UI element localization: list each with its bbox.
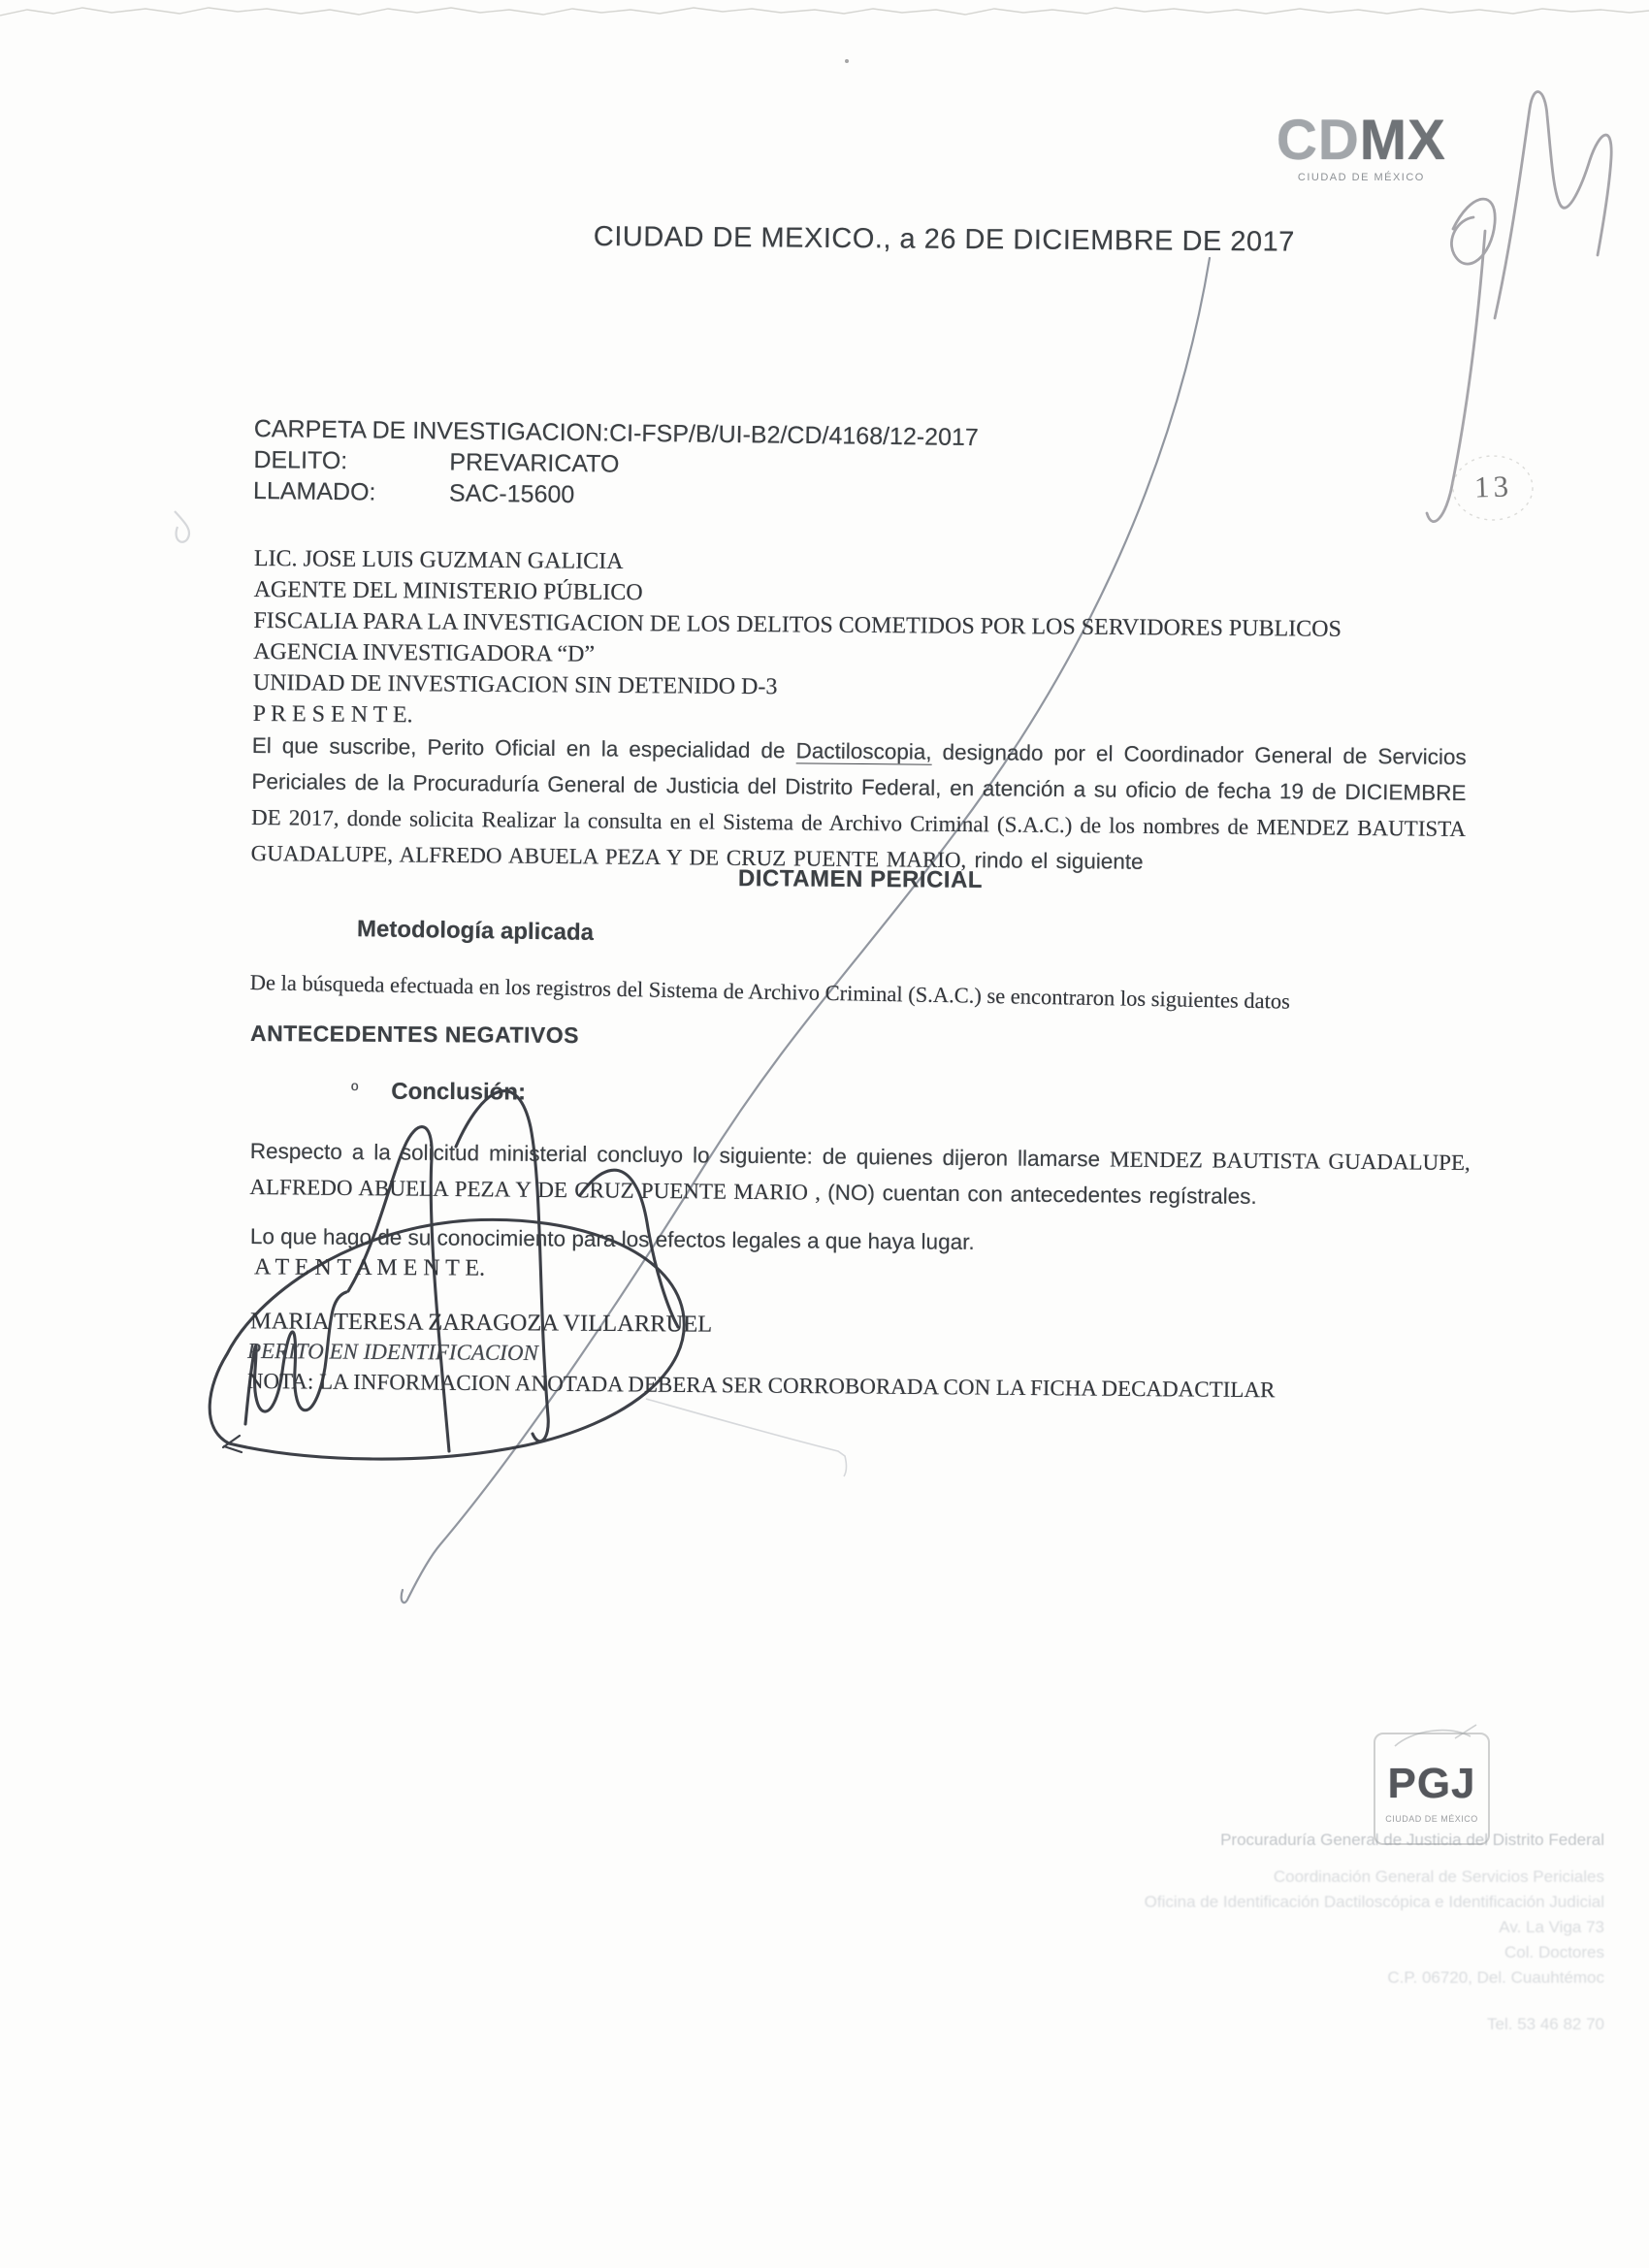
cdmx-wordmark: CDMX [1277,113,1446,169]
case-label: LLAMADO: [253,475,449,508]
footer-line: Tel. 53 46 82 70 [1145,2012,1604,2037]
pgj-wordmark: PGJ [1375,1760,1488,1808]
torn-edge-line [0,8,1649,16]
closing-line: Lo que hago de su conocimiento para los … [250,1224,975,1255]
conclusion-paragraph: Respecto a la solicitud ministerial conc… [249,1133,1471,1216]
case-reference-block: CARPETA DE INVESTIGACION:CI-FSP/B/UI-B2/… [253,413,979,515]
footer-line: Col. Doctores [1145,1940,1604,1965]
methodology-heading: Metodología aplicada [357,916,594,947]
conclusion-segment: Respecto a la solicitud ministerial conc… [250,1139,1111,1172]
footer-line: Coordinación General de Servicios Perici… [1145,1864,1604,1890]
conclusion-heading-text: Conclusión: [391,1079,526,1106]
case-label: CARPETA DE INVESTIGACION: [254,415,610,446]
footer-line: C.P. 06720, Del. Cuauhtémoc [1145,1965,1604,1991]
search-result-line: De la búsqueda efectuada en los registro… [250,970,1291,1015]
footer-line: Oficina de Identificación Dactiloscópica… [1145,1890,1604,1915]
conclusion-heading: ºConclusión: [351,1079,526,1107]
footer-address-block: Procuraduría General de Justicia del Dis… [1145,1828,1604,2037]
signer-role: PERITO EN IDENTIFICACION [247,1339,538,1366]
signature-note: NOTA: LA INFORMACION ANOTADA DEBERA SER … [247,1369,1276,1403]
scanned-document-page: CDMX CIUDAD DE MÉXICO CIUDAD DE MEXICO.,… [0,0,1649,2268]
cdmx-tagline: CIUDAD DE MÉXICO [1277,172,1446,183]
pgj-tagline: CIUDAD DE MÉXICO [1375,1814,1488,1824]
cdmx-word-left: CD [1277,109,1360,172]
signer-name: MARIA TERESA ZARAGOZA VILLARRUEL [250,1308,712,1338]
salutation-line: A T E N T A M E N T E. [254,1254,485,1281]
case-label: DELITO: [253,444,449,477]
intro-segment: El que suscribe, Perito Oficial en la es… [252,733,796,762]
cdmx-logo: CDMX CIUDAD DE MÉXICO [1277,113,1446,183]
header-signature-stroke [1427,92,1611,522]
addressee-block: LIC. JOSE LUIS GUZMAN GALICIA AGENTE DEL… [252,543,1342,738]
footer-line: Av. La Viga 73 [1145,1915,1604,1940]
conclusion-segment: (NO) cuentan con antecedentes regístrale… [827,1181,1257,1209]
ink-speck [845,59,849,63]
date-line: CIUDAD DE MEXICO., a 26 DE DICIEMBRE DE … [594,221,1295,259]
footer-line: Procuraduría General de Justicia del Dis… [1145,1828,1604,1853]
intro-paragraph: El que suscribe, Perito Oficial en la es… [251,728,1467,883]
antecedentes-heading: ANTECEDENTES NEGATIVOS [250,1021,579,1049]
intro-segment-serif: DE 2017, donde solicita Realizar la cons… [251,805,1467,872]
intro-underlined-term: Dactiloscopia, [795,738,931,764]
cdmx-word-right: MX [1360,109,1446,172]
case-value: PREVARICATO [449,448,619,477]
page-number-stamp: 13 [1473,469,1512,504]
case-value: CI-FSP/B/UI-B2/CD/4168/12-2017 [609,419,979,451]
case-value: SAC-15600 [449,479,575,508]
bullet-icon: º [351,1081,358,1102]
